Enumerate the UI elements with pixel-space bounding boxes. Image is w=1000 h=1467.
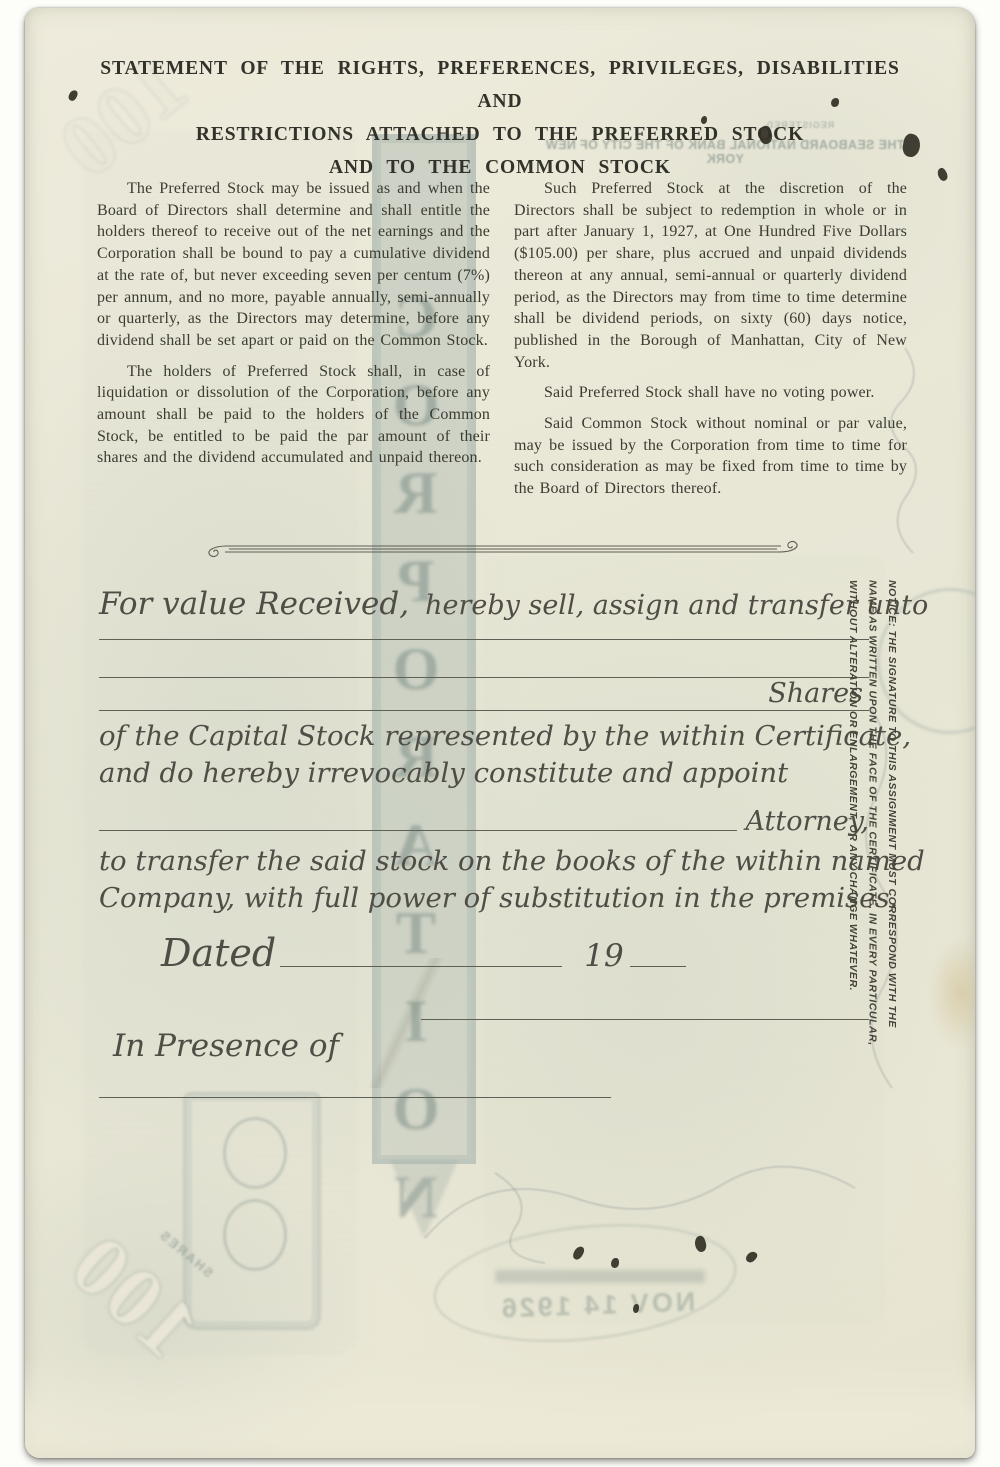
ink-blot bbox=[935, 167, 949, 183]
assignee-blank-line-1 bbox=[99, 639, 869, 640]
assignment-opening-row: For value Received, hereby sell, assign … bbox=[99, 586, 869, 622]
ink-blot bbox=[611, 1258, 619, 1268]
paragraph-preferred-issue: The Preferred Stock may be issued as and… bbox=[97, 178, 490, 352]
assignment-form: For value Received, hereby sell, assign … bbox=[99, 586, 869, 1098]
witness-blank-line bbox=[99, 1097, 611, 1098]
statement-body: The Preferred Stock may be issued as and… bbox=[97, 178, 907, 509]
attorney-row: Attorney, bbox=[99, 806, 869, 837]
scanned-stock-certificate-back: 100 CORPORATION REGISTERED THE SEABOARD … bbox=[0, 0, 1000, 1467]
ink-blot bbox=[693, 1235, 708, 1254]
constitute-appoint-text: and do hereby irrevocably constitute and… bbox=[99, 755, 869, 792]
dated-row: Dated 19 bbox=[161, 931, 869, 975]
paragraph-liquidation: The holders of Preferred Stock shall, in… bbox=[97, 361, 490, 470]
in-presence-of-label: In Presence of bbox=[113, 1028, 869, 1064]
ghost-shares-word: SHARES bbox=[156, 1226, 216, 1280]
signature-blank-line bbox=[421, 1019, 869, 1020]
ornamental-divider bbox=[203, 536, 803, 562]
transfer-books-text: to transfer the said stock on the books … bbox=[99, 843, 869, 880]
ghost-denomination-bottom-left: 100 bbox=[51, 1214, 218, 1379]
ghost-ornate-panel bbox=[183, 1092, 321, 1330]
title-line-2: RESTRICTIONS ATTACHED TO THE PREFERRED S… bbox=[80, 118, 920, 151]
ghost-panel-medallion bbox=[223, 1117, 287, 1189]
signature-notice: NOTICE: THE SIGNATURE TO THIS ASSIGNMENT… bbox=[843, 580, 901, 1058]
paper-stain bbox=[930, 938, 975, 1048]
statement-right-column: Such Preferred Stock at the discretion o… bbox=[514, 178, 907, 509]
capital-stock-text: of the Capital Stock represented by the … bbox=[99, 718, 869, 755]
attorney-blank-line bbox=[99, 830, 737, 831]
year-prefix: 19 bbox=[584, 938, 623, 974]
statement-title: STATEMENT OF THE RIGHTS, PREFERENCES, PR… bbox=[80, 52, 920, 184]
year-blank-line bbox=[630, 966, 686, 967]
ghost-stamp-oval bbox=[428, 1210, 742, 1355]
ink-blot bbox=[67, 89, 78, 102]
notice-line-1: NOTICE: THE SIGNATURE TO THIS ASSIGNMENT… bbox=[882, 580, 901, 1058]
assignee-blank-line-2 bbox=[99, 677, 869, 678]
ghost-date-stamp: NOV 14 1926 bbox=[477, 1286, 718, 1325]
dated-label: Dated bbox=[161, 931, 276, 975]
title-line-1: STATEMENT OF THE RIGHTS, PREFERENCES, PR… bbox=[80, 52, 920, 118]
statement-left-column: The Preferred Stock may be issued as and… bbox=[97, 178, 490, 509]
paragraph-redemption: Such Preferred Stock at the discretion o… bbox=[514, 178, 907, 373]
certificate-paper: 100 CORPORATION REGISTERED THE SEABOARD … bbox=[25, 8, 975, 1458]
shares-blank-line: Shares bbox=[99, 710, 869, 711]
ghost-band-finial bbox=[390, 1160, 458, 1272]
paragraph-common-stock: Said Common Stock without nominal or par… bbox=[514, 413, 907, 500]
ghost-agent-text-smear bbox=[495, 1270, 705, 1283]
ink-blot bbox=[571, 1245, 585, 1261]
date-blank-line bbox=[280, 966, 562, 967]
ink-blot bbox=[744, 1250, 759, 1265]
paragraph-voting: Said Preferred Stock shall have no votin… bbox=[514, 382, 907, 404]
notice-line-2: NAME AS WRITTEN UPON THE FACE OF THE CER… bbox=[862, 580, 881, 1058]
ghost-panel-medallion bbox=[223, 1199, 287, 1271]
substitution-text: Company, with full power of substitution… bbox=[99, 880, 869, 917]
for-value-received-text: For value Received, bbox=[99, 586, 409, 622]
ink-blot bbox=[633, 1304, 639, 1313]
notice-line-3: WITHOUT ALTERATION OR ENLARGEMENT, OR AN… bbox=[843, 580, 862, 1058]
